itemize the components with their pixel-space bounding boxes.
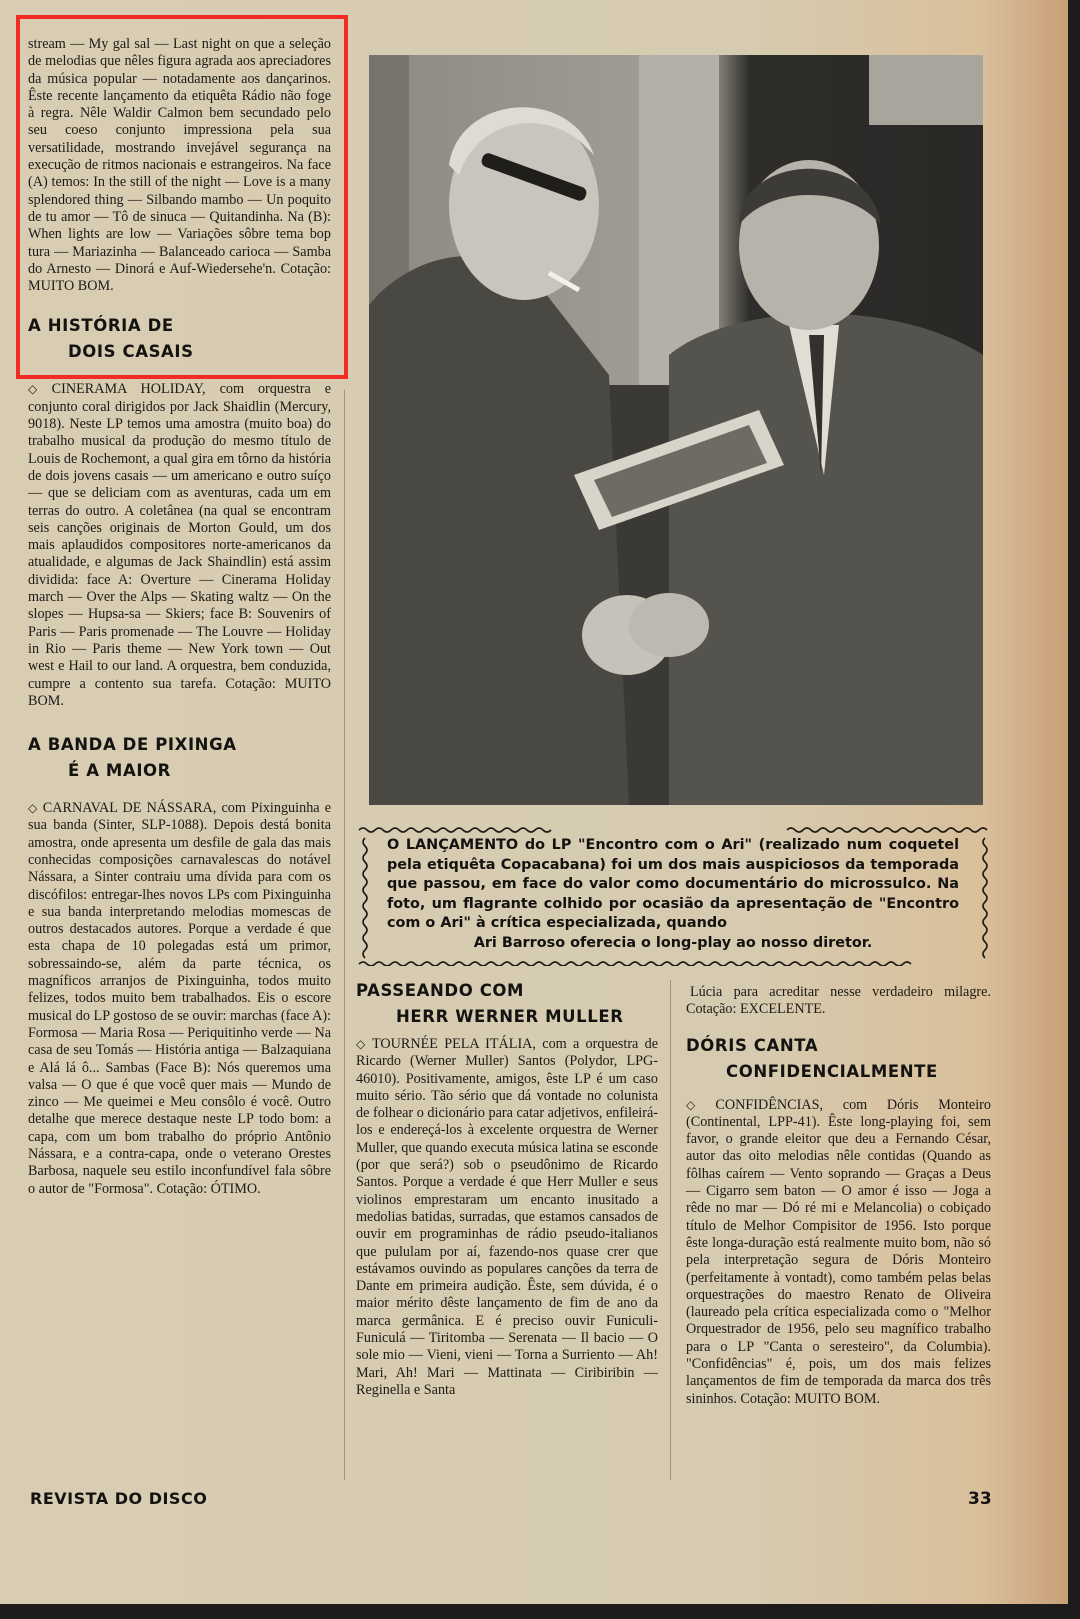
continuation-text: Lúcia para acreditar nesse verdadeiro mi… <box>686 984 991 1019</box>
review-confidencias: ◇CONFIDÊNCIAS, com Dóris Monteiro (Conti… <box>686 1097 991 1408</box>
photo-caption-text: O LANÇAMENTO do LP "Encontro com o Ari" … <box>387 836 959 954</box>
review-cinerama-holiday: ◇CINERAMA HOLIDAY, com orquestra e conju… <box>28 381 331 710</box>
photo-ari-barroso-handshake <box>369 55 983 805</box>
review-body: com Pixinguinha e sua banda (Sinter, SLP… <box>28 800 331 1197</box>
section-heading-passeando: PASSEANDO COM HERR WERNER MULLER <box>356 978 658 1030</box>
album-title: CONFIDÊNCIAS, <box>715 1097 823 1113</box>
caption-last-line: Ari Barroso oferecia o long-play ao noss… <box>387 934 959 954</box>
caption-lead: O LANÇAMENTO <box>387 837 518 853</box>
page-number: 33 <box>968 1489 992 1509</box>
heading-line-2: É A MAIOR <box>28 758 331 784</box>
right-column: Lúcia para acreditar nesse verdadeiro mi… <box>686 984 991 1408</box>
album-title: CINERAMA HOLIDAY, <box>52 381 206 397</box>
middle-column: PASSEANDO COM HERR WERNER MULLER ◇TOURNÉ… <box>356 978 658 1399</box>
heading-line-2: CONFIDENCIALMENTE <box>686 1059 991 1085</box>
section-heading-doris: DÓRIS CANTA CONFIDENCIALMENTE <box>686 1033 991 1085</box>
review-body: com a orquestra de Ricardo (Werner Mulle… <box>356 1036 658 1398</box>
highlight-box <box>16 15 348 379</box>
diamond-bullet-icon: ◇ <box>28 382 48 396</box>
heading-line-1: DÓRIS CANTA <box>686 1036 818 1055</box>
photo-caption-box: O LANÇAMENTO do LP "Encontro com o Ari" … <box>357 826 993 966</box>
album-title: CARNAVAL DE NÁSSARA, <box>43 800 217 816</box>
magazine-page: stream — My gal sal — Last night on que … <box>0 0 1068 1604</box>
heading-line-1: PASSEANDO COM <box>356 981 524 1000</box>
review-carnaval-de-nassara: ◇CARNAVAL DE NÁSSARA, com Pixinguinha e … <box>28 800 331 1198</box>
heading-line-2: HERR WERNER MULLER <box>356 1004 658 1030</box>
magazine-name-footer: REVISTA DO DISCO <box>30 1489 207 1508</box>
diamond-bullet-icon: ◇ <box>686 1098 711 1112</box>
review-tournee-pela-italia: ◇TOURNÉE PELA ITÁLIA, com a orquestra de… <box>356 1036 658 1399</box>
diamond-bullet-icon: ◇ <box>356 1037 368 1051</box>
column-divider <box>344 390 345 1480</box>
photo-illustration <box>369 55 983 805</box>
column-divider <box>670 980 671 1480</box>
diamond-bullet-icon: ◇ <box>28 801 39 815</box>
section-heading-banda: A BANDA DE PIXINGA É A MAIOR <box>28 732 331 784</box>
heading-line-1: A BANDA DE PIXINGA <box>28 735 237 754</box>
review-body: com orquestra e conjunto coral dirigidos… <box>28 381 331 708</box>
review-body: com Dóris Monteiro (Continental, LPP-41)… <box>686 1097 991 1407</box>
album-title: TOURNÉE PELA ITÁLIA, <box>372 1036 536 1052</box>
